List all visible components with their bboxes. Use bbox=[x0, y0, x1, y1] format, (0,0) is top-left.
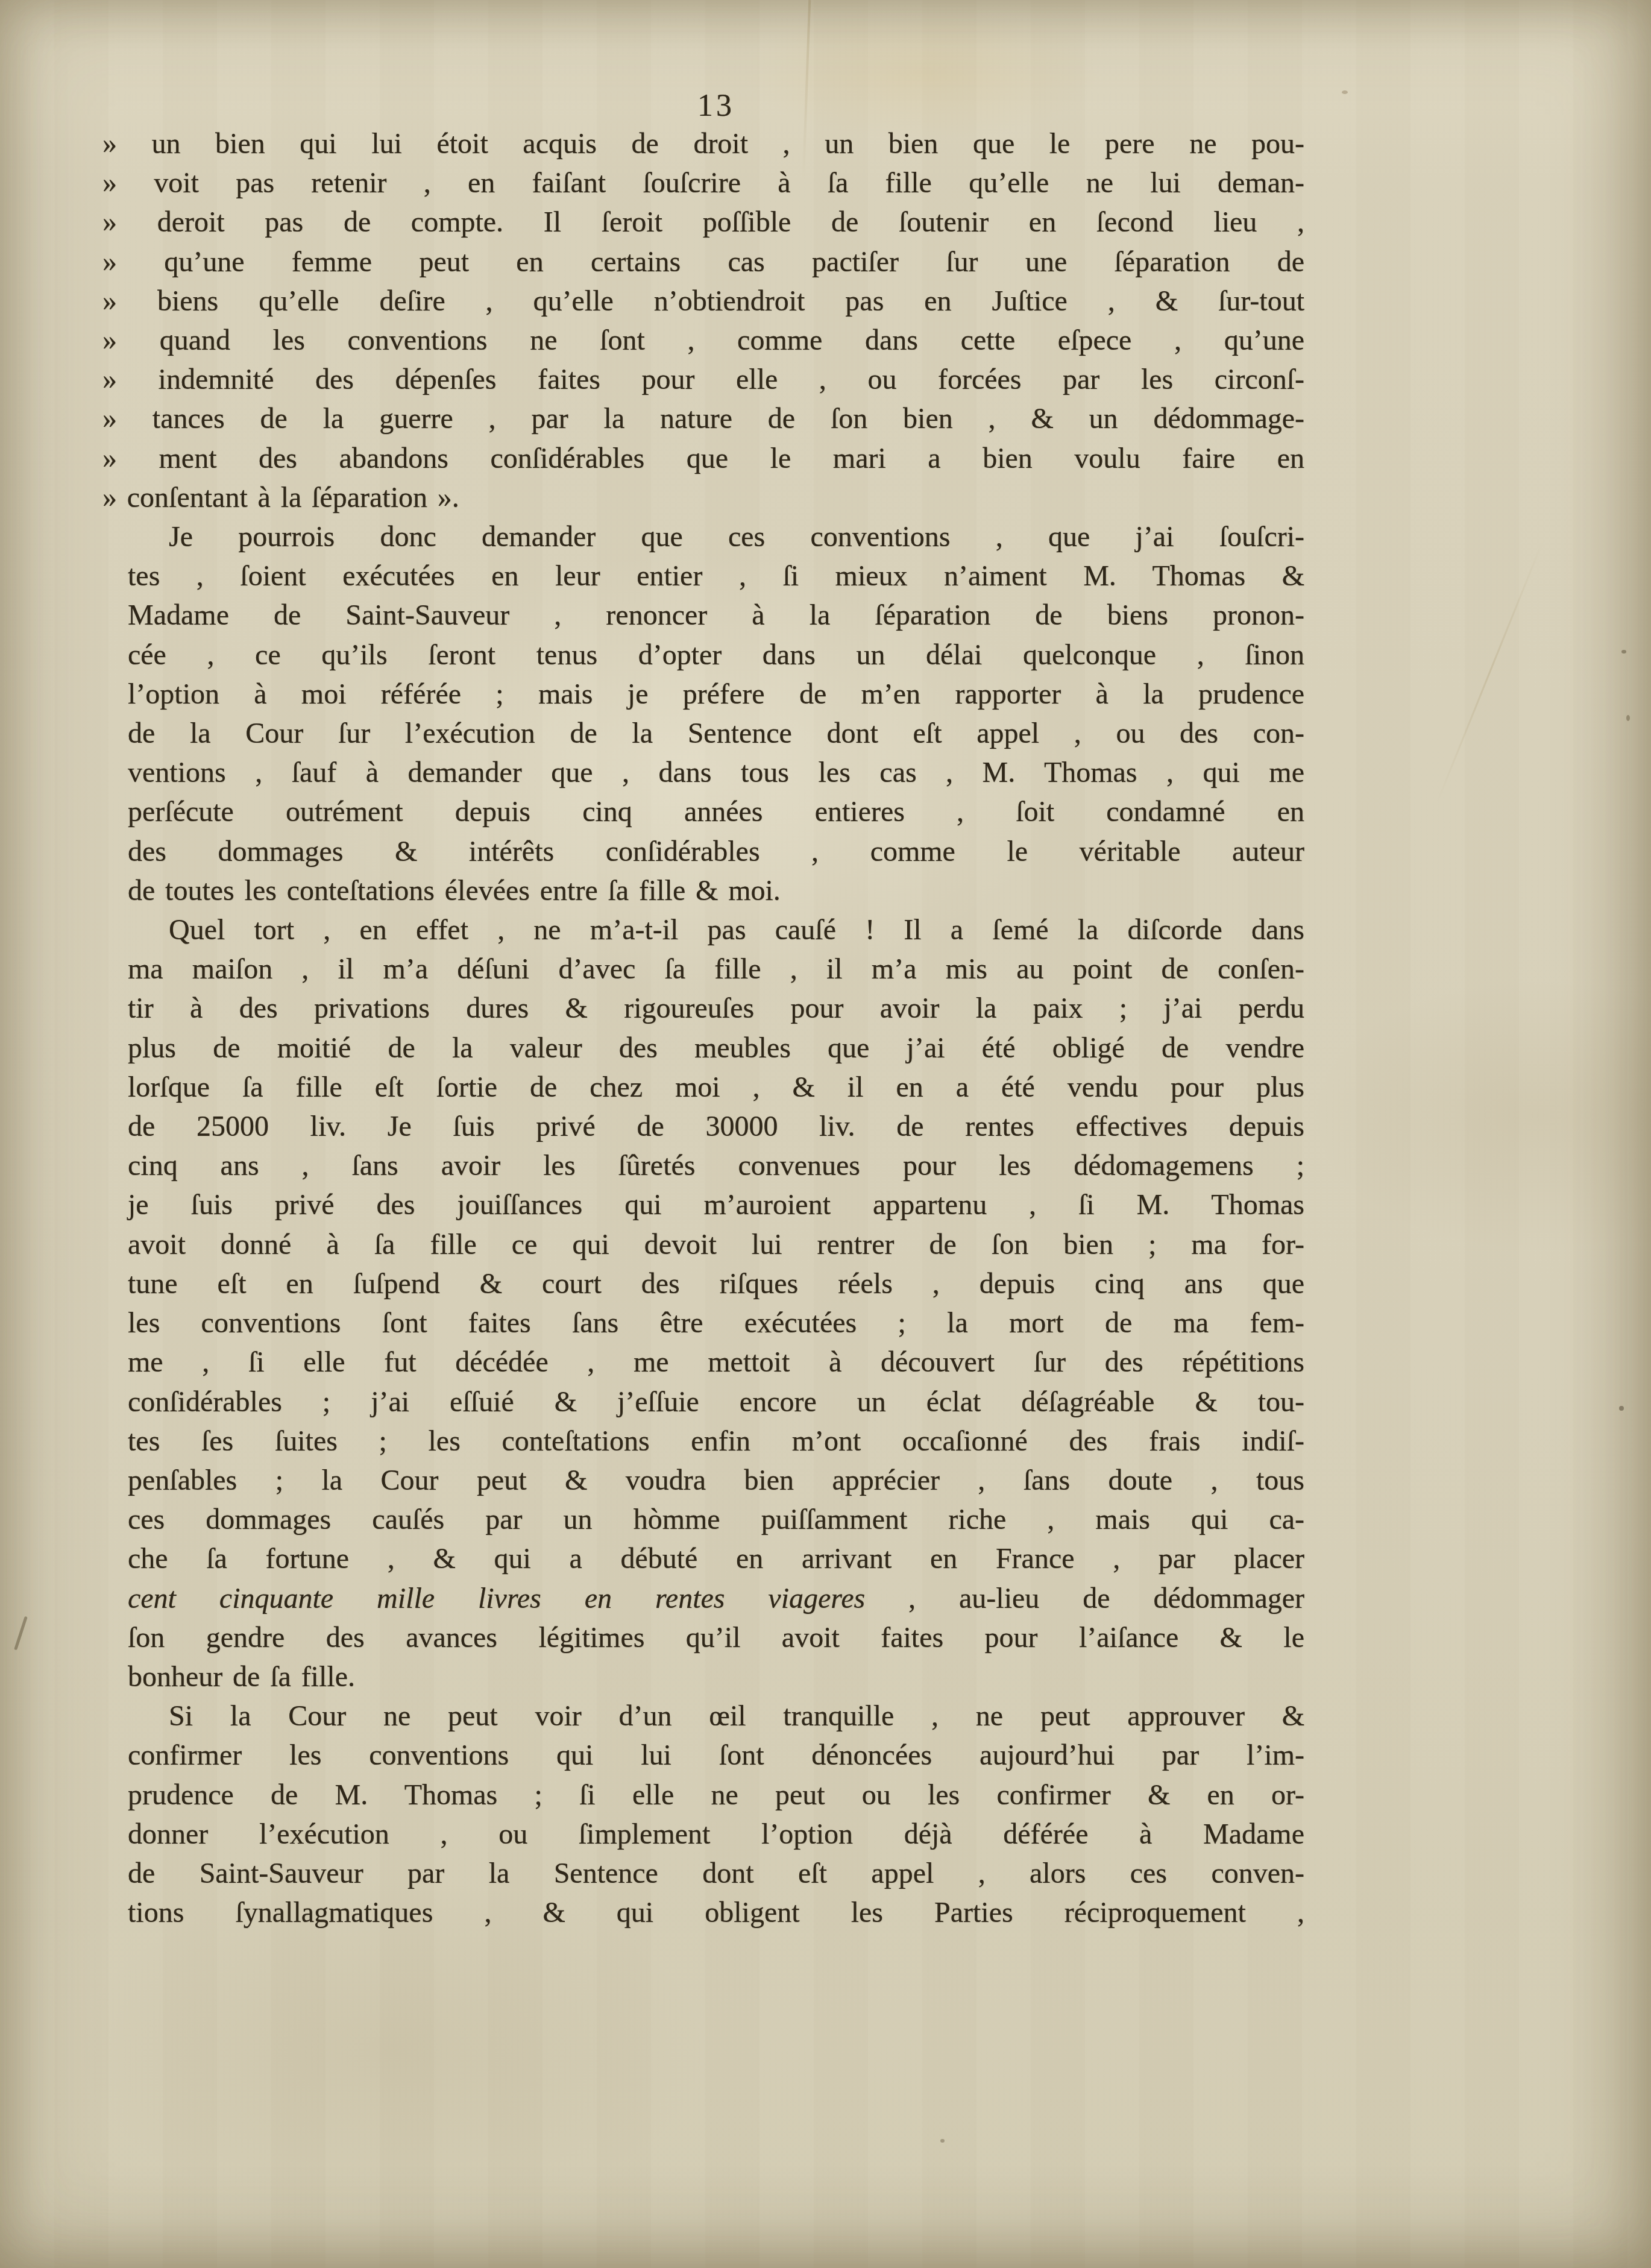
roman-text: plus de moitié de la valeur des meubles … bbox=[128, 1032, 1304, 1064]
roman-text: tes ſes ſuites ; les conteſtations enfin… bbox=[128, 1425, 1304, 1457]
text-line: ces dommages cauſés par un hòmme puiſſam… bbox=[128, 1500, 1304, 1539]
roman-text: je ſuis privé des jouiſſances qui m’auro… bbox=[128, 1189, 1304, 1221]
text-line: tir à des privations dures & rigoureuſes… bbox=[128, 989, 1304, 1028]
text-line: me , ſi elle fut décédée , me mettoit à … bbox=[128, 1343, 1304, 1382]
roman-text: bonheur de ſa fille. bbox=[128, 1661, 355, 1693]
text-line: ventions , ſauf à demander que , dans to… bbox=[128, 753, 1304, 792]
ink-speck bbox=[940, 2139, 945, 2143]
text-line: de 25000 liv. Je ſuis privé de 30000 liv… bbox=[128, 1107, 1304, 1146]
paragraph-si-la-cour: Si la Cour ne peut voir d’un œil tranqui… bbox=[128, 1696, 1304, 1932]
roman-text: » biens qu’elle deſire , qu’elle n’obtie… bbox=[102, 285, 1304, 317]
roman-text: ſon gendre des avances légitimes qu’il a… bbox=[128, 1622, 1304, 1654]
paragraph-demande: Je pourrois donc demander que ces conven… bbox=[128, 517, 1304, 910]
text-line: » un bien qui lui étoit acquis de droit … bbox=[102, 124, 1304, 163]
ink-speck bbox=[1621, 650, 1626, 654]
roman-text: » conſentant à la ſéparation ». bbox=[102, 482, 459, 514]
roman-text: conſidérables ; j’ai eſſuié & j’eſſuie e… bbox=[128, 1386, 1304, 1418]
roman-text: les conventions ſont faites ſans être ex… bbox=[128, 1307, 1304, 1339]
roman-text: » tances de la guerre , par la nature de… bbox=[102, 403, 1304, 435]
roman-text: de 25000 liv. Je ſuis privé de 30000 liv… bbox=[128, 1110, 1304, 1142]
roman-text: cée , ce qu’ils ſeront tenus d’opter dan… bbox=[128, 639, 1304, 671]
ink-speck bbox=[1619, 1406, 1624, 1411]
roman-text: de toutes les conteſtations élevées entr… bbox=[128, 875, 781, 907]
text-line: conſidérables ; j’ai eſſuié & j’eſſuie e… bbox=[128, 1382, 1304, 1422]
text-line: confirmer les conventions qui lui ſont d… bbox=[128, 1736, 1304, 1775]
roman-text: » voit pas retenir , en faiſant ſouſcrir… bbox=[102, 167, 1304, 199]
text-line: penſables ; la Cour peut & voudra bien a… bbox=[128, 1461, 1304, 1500]
roman-text: ces dommages cauſés par un hòmme puiſſam… bbox=[128, 1504, 1304, 1536]
quoted-passage: » un bien qui lui étoit acquis de droit … bbox=[102, 124, 1304, 517]
roman-text: Je pourrois donc demander que ces conven… bbox=[169, 521, 1304, 553]
roman-text: cinq ans , ſans avoir les ſûretés conven… bbox=[128, 1150, 1304, 1182]
pencil-mark bbox=[14, 1616, 28, 1651]
text-line: » ment des abandons conſidérables que le… bbox=[102, 439, 1304, 478]
text-line: » conſentant à la ſéparation ». bbox=[102, 478, 1304, 517]
text-line: » quand les conventions ne ſont , comme … bbox=[102, 321, 1304, 360]
text-line: Si la Cour ne peut voir d’un œil tranqui… bbox=[128, 1696, 1304, 1736]
roman-text: » ment des abandons conſidérables que le… bbox=[102, 443, 1304, 474]
roman-text: des dommages & intérêts conſidérables , … bbox=[128, 836, 1304, 868]
roman-text: de Saint-Sauveur par la Sentence dont eſ… bbox=[128, 1857, 1304, 1889]
roman-text: » deroit pas de compte. Il ſeroit poſſib… bbox=[102, 206, 1304, 238]
roman-text: ventions , ſauf à demander que , dans to… bbox=[128, 757, 1304, 789]
ink-speck bbox=[1626, 715, 1630, 721]
roman-text: de la Cour ſur l’exécution de la Sentenc… bbox=[128, 717, 1304, 749]
roman-text: Madame de Saint-Sauveur , renoncer à la … bbox=[128, 599, 1304, 631]
text-line: tes ſes ſuites ; les conteſtations enfin… bbox=[128, 1422, 1304, 1461]
roman-text: » un bien qui lui étoit acquis de droit … bbox=[102, 128, 1304, 160]
text-line: » qu’une femme peut en certains cas pact… bbox=[102, 242, 1304, 282]
text-line: avoit donné à ſa fille ce qui devoit lui… bbox=[128, 1225, 1304, 1264]
italic-text: cent cinquante mille livres en rentes vi… bbox=[128, 1583, 865, 1614]
page-number: 13 bbox=[128, 88, 1304, 124]
roman-text: lorſque ſa fille eſt ſortie de chez moi … bbox=[128, 1071, 1304, 1103]
text-line: je ſuis privé des jouiſſances qui m’auro… bbox=[128, 1185, 1304, 1224]
roman-text: » quand les conventions ne ſont , comme … bbox=[102, 324, 1304, 356]
text-line: cinq ans , ſans avoir les ſûretés conven… bbox=[128, 1146, 1304, 1185]
roman-text: ma maiſon , il m’a déſuni d’avec ſa fill… bbox=[128, 953, 1304, 985]
text-line: de toutes les conteſtations élevées entr… bbox=[128, 871, 1304, 910]
roman-text: tune eſt en ſuſpend & court des riſques … bbox=[128, 1268, 1304, 1300]
text-line: de la Cour ſur l’exécution de la Sentenc… bbox=[128, 714, 1304, 753]
roman-text: tes , ſoient exécutées en leur entier , … bbox=[128, 560, 1304, 592]
text-line: cée , ce qu’ils ſeront tenus d’opter dan… bbox=[128, 635, 1304, 675]
ink-speck bbox=[1342, 90, 1348, 94]
text-line: donner l’exécution , ou ſimplement l’opt… bbox=[128, 1815, 1304, 1854]
paper-wrinkle bbox=[1436, 541, 1544, 804]
book-page: 13 » un bien qui lui étoit acquis de dro… bbox=[0, 0, 1651, 2268]
text-line: les conventions ſont faites ſans être ex… bbox=[128, 1303, 1304, 1343]
roman-text: che ſa fortune , & qui a débuté en arriv… bbox=[128, 1543, 1304, 1575]
text-line: » indemnité des dépenſes faites pour ell… bbox=[102, 360, 1304, 399]
text-line: che ſa fortune , & qui a débuté en arriv… bbox=[128, 1539, 1304, 1578]
text-line: » deroit pas de compte. Il ſeroit poſſib… bbox=[102, 203, 1304, 242]
roman-text: » indemnité des dépenſes faites pour ell… bbox=[102, 364, 1304, 395]
text-line: » tances de la guerre , par la nature de… bbox=[102, 399, 1304, 438]
roman-text: , au-lieu de dédommager bbox=[865, 1583, 1304, 1614]
roman-text: confirmer les conventions qui lui ſont d… bbox=[128, 1739, 1304, 1771]
roman-text: l’option à moi référée ; mais je préfere… bbox=[128, 678, 1304, 710]
paragraph-quel-tort: Quel tort , en effet , ne m’a-t-il pas c… bbox=[128, 910, 1304, 1696]
text-line: ma maiſon , il m’a déſuni d’avec ſa fill… bbox=[128, 950, 1304, 989]
text-line: ſon gendre des avances légitimes qu’il a… bbox=[128, 1618, 1304, 1657]
roman-text: me , ſi elle fut décédée , me mettoit à … bbox=[128, 1346, 1304, 1378]
roman-text: perſécute outrément depuis cinq années e… bbox=[128, 796, 1304, 828]
text-line: perſécute outrément depuis cinq années e… bbox=[128, 792, 1304, 831]
roman-text: » qu’une femme peut en certains cas pact… bbox=[102, 246, 1304, 278]
text-line: » voit pas retenir , en faiſant ſouſcrir… bbox=[102, 163, 1304, 203]
text-line: tions ſynallagmatiques , & qui obligent … bbox=[128, 1893, 1304, 1932]
roman-text: tions ſynallagmatiques , & qui obligent … bbox=[128, 1897, 1304, 1929]
text-line: bonheur de ſa fille. bbox=[128, 1657, 1304, 1696]
text-line: Je pourrois donc demander que ces conven… bbox=[128, 517, 1304, 556]
roman-text: penſables ; la Cour peut & voudra bien a… bbox=[128, 1464, 1304, 1496]
text-line: Quel tort , en effet , ne m’a-t-il pas c… bbox=[128, 910, 1304, 950]
text-line: tune eſt en ſuſpend & court des riſques … bbox=[128, 1264, 1304, 1303]
text-line: Madame de Saint-Sauveur , renoncer à la … bbox=[128, 596, 1304, 635]
roman-text: Si la Cour ne peut voir d’un œil tranqui… bbox=[169, 1700, 1304, 1732]
roman-text: tir à des privations dures & rigoureuſes… bbox=[128, 992, 1304, 1024]
text-line: plus de moitié de la valeur des meubles … bbox=[128, 1028, 1304, 1068]
text-line: » biens qu’elle deſire , qu’elle n’obtie… bbox=[102, 282, 1304, 321]
text-line: l’option à moi référée ; mais je préfere… bbox=[128, 675, 1304, 714]
roman-text: Quel tort , en effet , ne m’a-t-il pas c… bbox=[169, 914, 1304, 946]
text-line: prudence de M. Thomas ; ſi elle ne peut … bbox=[128, 1775, 1304, 1815]
roman-text: avoit donné à ſa fille ce qui devoit lui… bbox=[128, 1229, 1304, 1261]
text-line: de Saint-Sauveur par la Sentence dont eſ… bbox=[128, 1854, 1304, 1893]
text-line: lorſque ſa fille eſt ſortie de chez moi … bbox=[128, 1068, 1304, 1107]
text-line: des dommages & intérêts conſidérables , … bbox=[128, 832, 1304, 871]
roman-text: prudence de M. Thomas ; ſi elle ne peut … bbox=[128, 1779, 1304, 1811]
roman-text: donner l’exécution , ou ſimplement l’opt… bbox=[128, 1818, 1304, 1850]
text-line: cent cinquante mille livres en rentes vi… bbox=[128, 1579, 1304, 1618]
text-block: » un bien qui lui étoit acquis de droit … bbox=[128, 124, 1304, 1932]
text-line: tes , ſoient exécutées en leur entier , … bbox=[128, 556, 1304, 596]
